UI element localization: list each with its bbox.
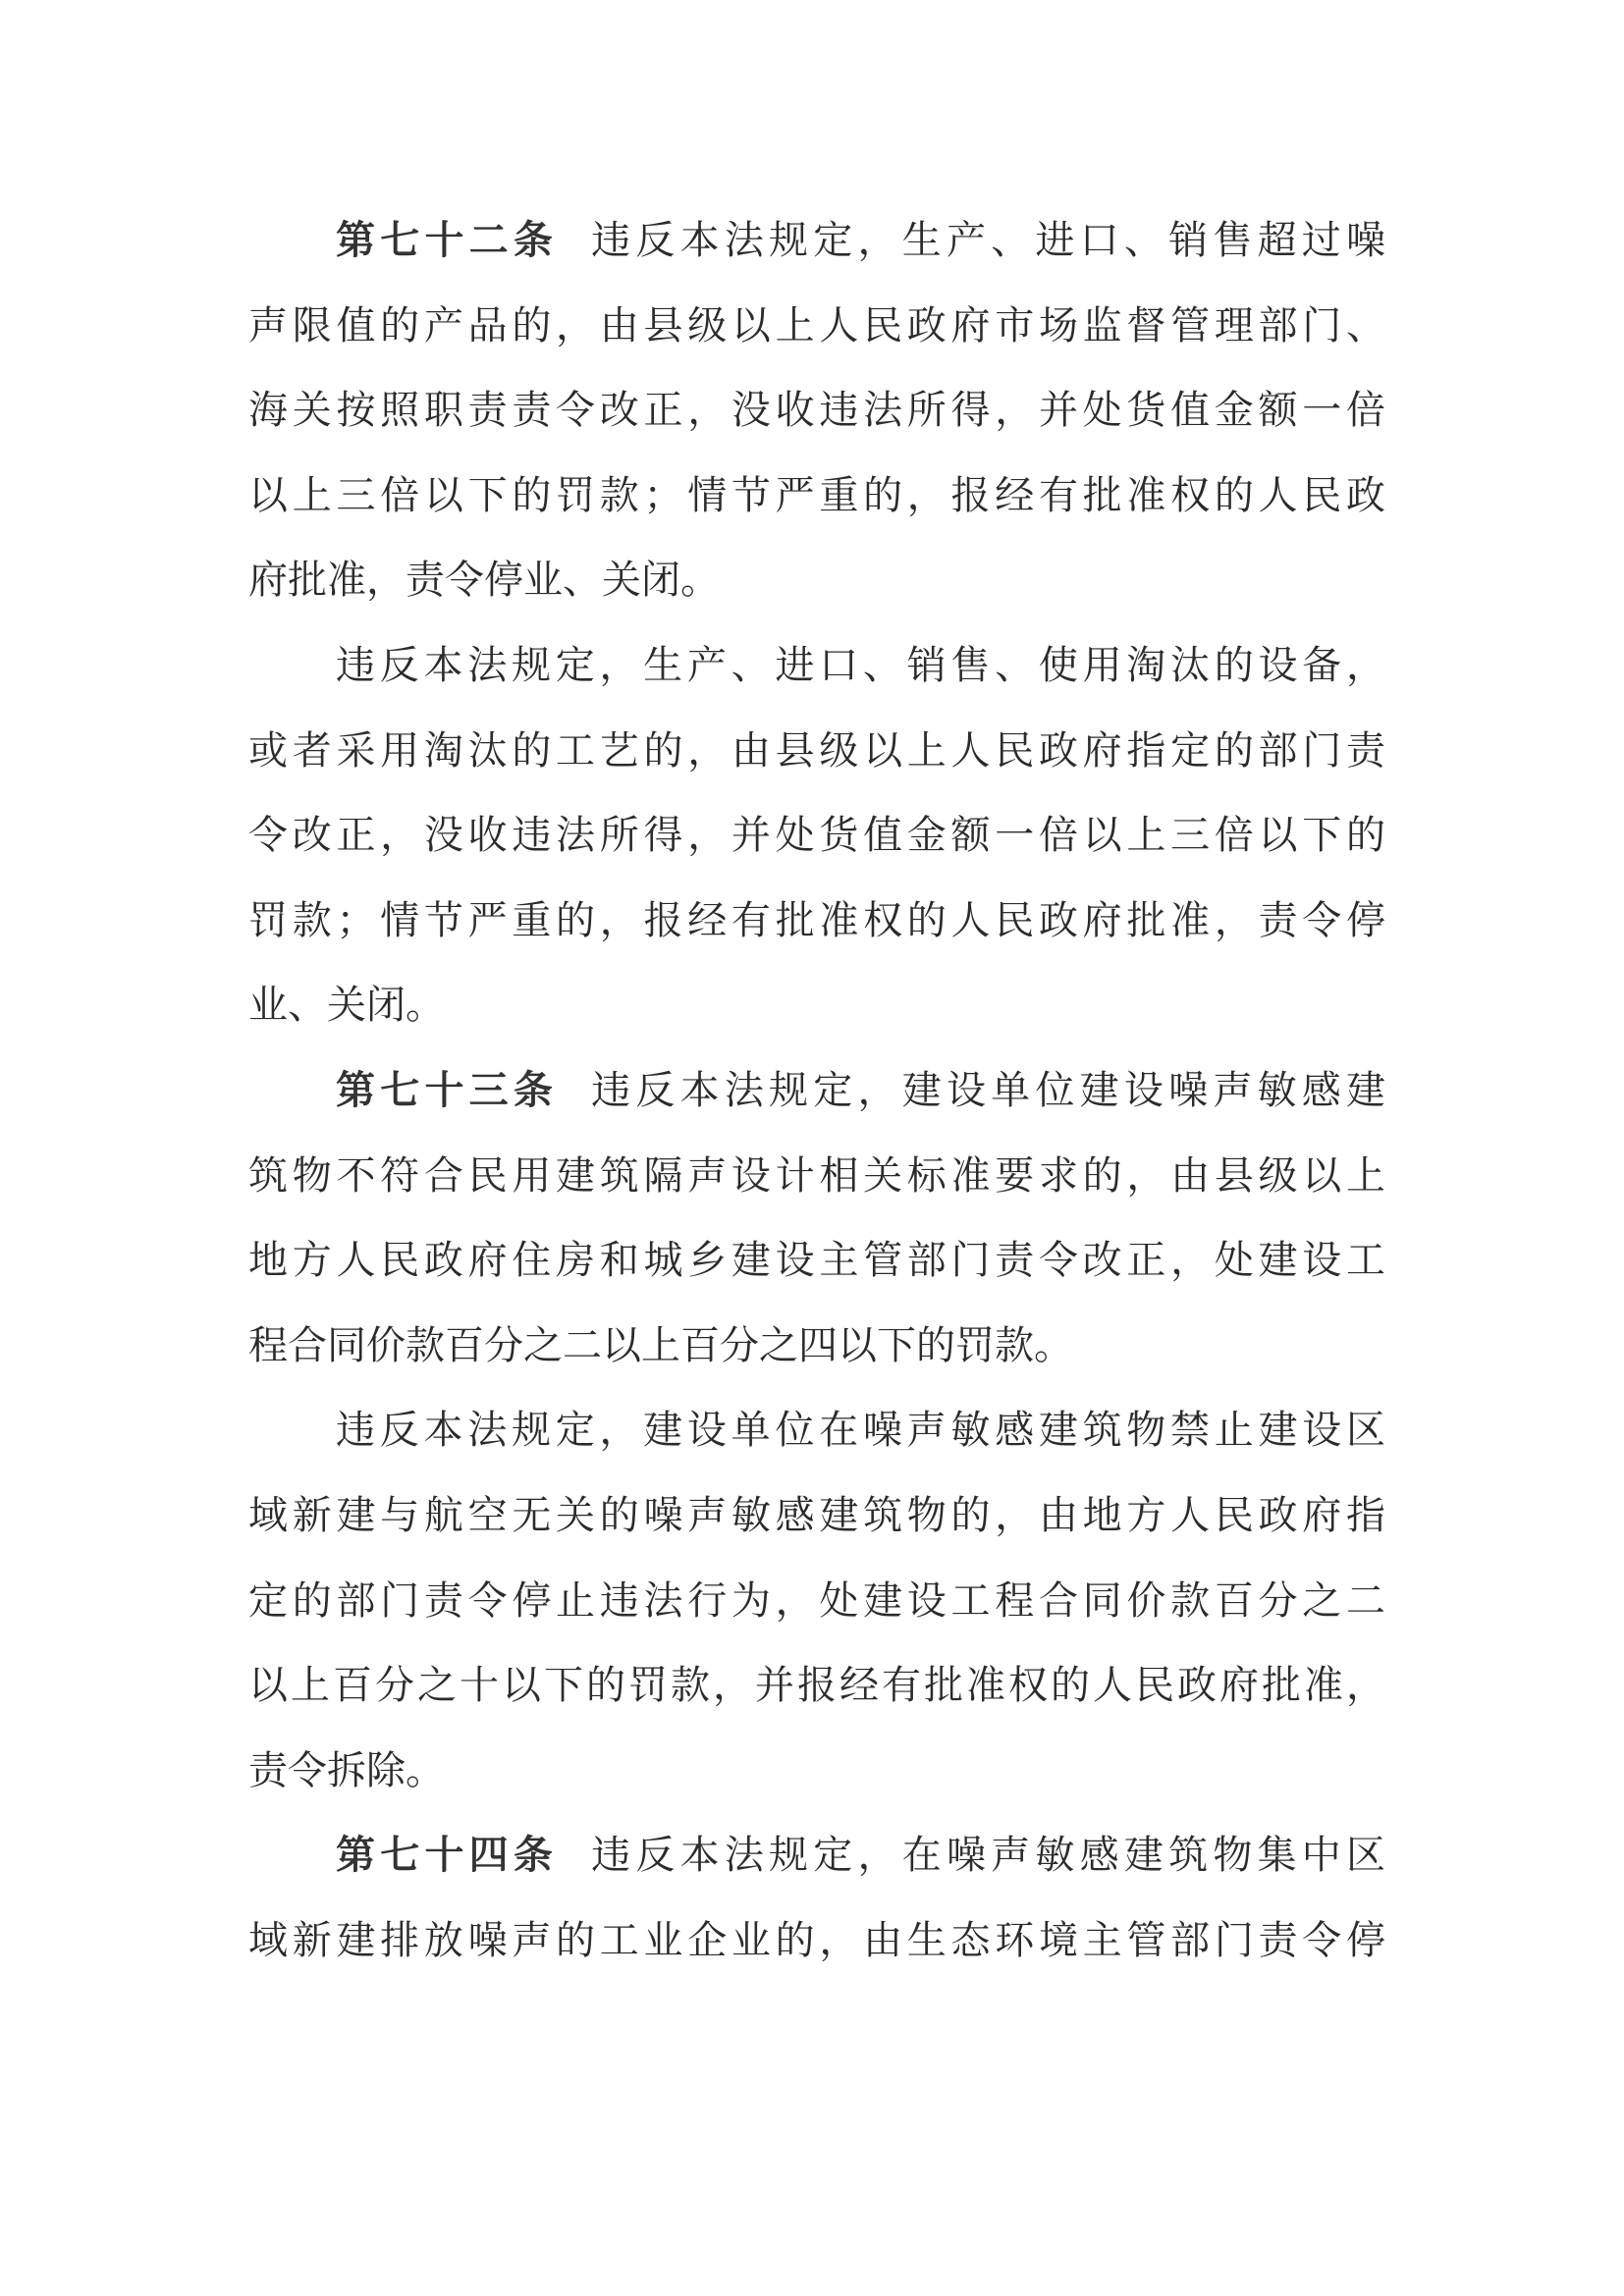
text-line: 域新建与航空无关的噪声敏感建筑物的，由地方人民政府指 [248, 1473, 1385, 1559]
text-line: 筑物不符合民用建筑隔声设计相关标准要求的，由县级以上 [248, 1134, 1385, 1219]
text-line: 罚款；情节严重的，报经有批准权的人民政府批准，责令停 [248, 879, 1385, 964]
text-line: 业、关闭。 [248, 963, 1385, 1048]
line-text: 违反本法规定，建设单位建设噪声敏感建 [591, 1068, 1385, 1113]
text-line: 府批准，责令停业、关闭。 [248, 538, 1385, 623]
article-74-paragraph: 第七十四条违反本法规定，在噪声敏感建筑物集中区 域新建排放噪声的工业企业的，由生… [248, 1813, 1385, 1983]
text-line: 以上三倍以下的罚款；情节严重的，报经有批准权的人民政 [248, 454, 1385, 539]
text-line: 责令拆除。 [248, 1729, 1385, 1814]
article-73-paragraph-2: 违反本法规定，建设单位在噪声敏感建筑物禁止建设区 域新建与航空无关的噪声敏感建筑… [248, 1388, 1385, 1813]
text-line: 违反本法规定，建设单位在噪声敏感建筑物禁止建设区 [248, 1388, 1385, 1473]
article-73-paragraph: 第七十三条违反本法规定，建设单位建设噪声敏感建 筑物不符合民用建筑隔声设计相关标… [248, 1048, 1385, 1388]
text-line: 第七十三条违反本法规定，建设单位建设噪声敏感建 [248, 1048, 1385, 1134]
document-page: 第七十二条违反本法规定，生产、进口、销售超过噪 声限值的产品的，由县级以上人民政… [0, 0, 1624, 2296]
article-number: 第七十二条 [336, 218, 558, 263]
text-line: 违反本法规定，生产、进口、销售、使用淘汰的设备， [248, 623, 1385, 709]
text-line: 令改正，没收违法所得，并处货值金额一倍以上三倍以下的 [248, 793, 1385, 879]
text-line: 定的部门责令停止违法行为，处建设工程合同价款百分之二 [248, 1559, 1385, 1644]
text-line: 程合同价款百分之二以上百分之四以下的罚款。 [248, 1304, 1385, 1389]
article-72-paragraph-2: 违反本法规定，生产、进口、销售、使用淘汰的设备， 或者采用淘汰的工艺的，由县级以… [248, 623, 1385, 1048]
line-text: 违反本法规定，生产、进口、销售超过噪 [591, 218, 1385, 263]
line-text: 违反本法规定，在噪声敏感建筑物集中区 [591, 1833, 1385, 1878]
text-line: 域新建排放噪声的工业企业的，由生态环境主管部门责令停 [248, 1898, 1385, 1984]
document-body: 第七十二条违反本法规定，生产、进口、销售超过噪 声限值的产品的，由县级以上人民政… [248, 198, 1385, 1983]
text-line: 以上百分之十以下的罚款，并报经有批准权的人民政府批准， [248, 1643, 1385, 1729]
text-line: 第七十二条违反本法规定，生产、进口、销售超过噪 [248, 198, 1385, 284]
text-line: 或者采用淘汰的工艺的，由县级以上人民政府指定的部门责 [248, 709, 1385, 794]
article-number: 第七十三条 [336, 1068, 558, 1113]
text-line: 第七十四条违反本法规定，在噪声敏感建筑物集中区 [248, 1813, 1385, 1898]
text-line: 海关按照职责责令改正，没收违法所得，并处货值金额一倍 [248, 368, 1385, 454]
article-number: 第七十四条 [336, 1833, 558, 1878]
text-line: 地方人民政府住房和城乡建设主管部门责令改正，处建设工 [248, 1218, 1385, 1304]
text-line: 声限值的产品的，由县级以上人民政府市场监督管理部门、 [248, 284, 1385, 369]
article-72-paragraph: 第七十二条违反本法规定，生产、进口、销售超过噪 声限值的产品的，由县级以上人民政… [248, 198, 1385, 623]
